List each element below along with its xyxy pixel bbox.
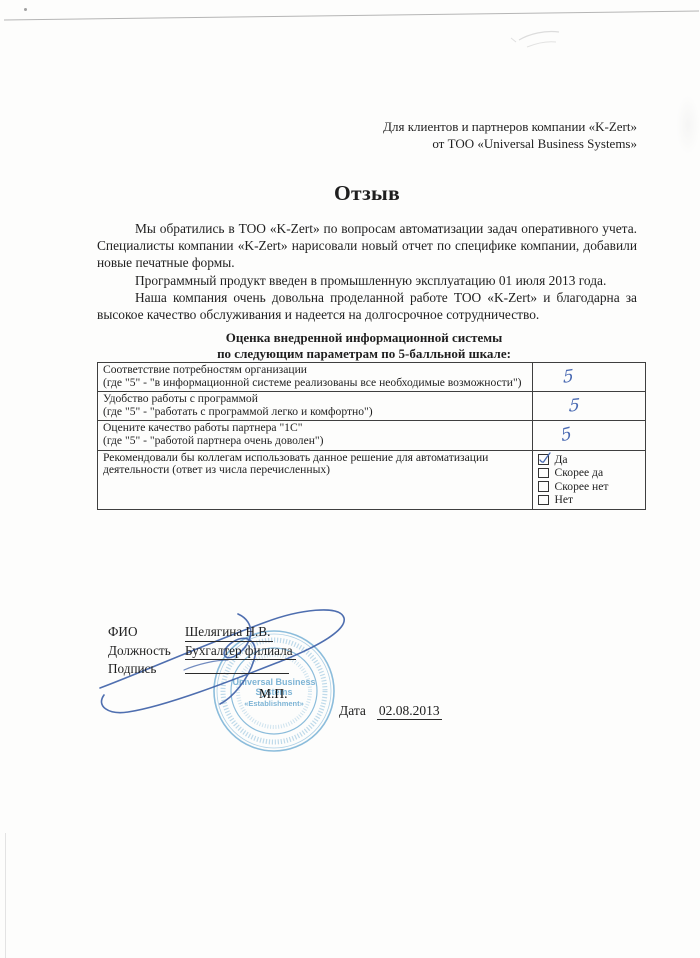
fio-row: ФИО Шелягина Н.В. <box>108 623 296 642</box>
date-label: Дата <box>339 703 366 718</box>
checkbox-no <box>538 495 549 506</box>
table-row: Соответствие потребностям организации (г… <box>98 363 645 392</box>
date-value: 02.08.2013 <box>377 703 442 720</box>
table-row: Удобство работы с программой (где "5" - … <box>98 392 645 421</box>
option-label: Да <box>555 454 568 466</box>
rating-table: Соответствие потребностям организации (г… <box>97 362 646 510</box>
document-body: Мы обратились в ТОО «K-Zert» по вопросам… <box>97 220 637 323</box>
fio-value: Шелягина Н.В. <box>185 623 273 642</box>
signature-label: Подпись <box>108 660 185 678</box>
signature-block: ФИО Шелягина Н.В. Должность Бухгалтер фи… <box>108 623 296 678</box>
paragraph: Наша компания очень довольна проделанной… <box>97 289 637 323</box>
scanned-document-page: Для клиентов и партнеров компании «K-Zer… <box>0 0 700 958</box>
table-row: Оцените качество работы партнера "1С" (г… <box>98 421 645 450</box>
scan-speck <box>24 8 27 11</box>
position-value: Бухгалтер филиала <box>185 642 296 661</box>
checkbox-rather-no <box>538 481 549 492</box>
date-row: Дата02.08.2013 <box>339 703 442 719</box>
option-label: Скорее нет <box>555 481 609 493</box>
option-rather-yes: Скорее да <box>538 467 643 479</box>
sender-line: от ТОО «Universal Business Systems» <box>383 136 637 153</box>
rating-heading-line2: по следующим параметрам по 5-балльной шк… <box>90 346 638 362</box>
paragraph: Программный продукт введен в промышленну… <box>97 272 637 289</box>
option-label: Нет <box>555 494 574 506</box>
signature-row: Подпись <box>108 660 296 678</box>
table-row: Рекомендовали бы коллегам использовать д… <box>98 451 645 510</box>
fio-label: ФИО <box>108 623 185 642</box>
criterion-text: Удобство работы с программой <box>103 393 527 406</box>
rating-heading-line1: Оценка внедренной информационной системы <box>90 330 638 346</box>
scan-edge-line <box>0 0 700 30</box>
position-label: Должность <box>108 642 185 661</box>
rating-table-heading: Оценка внедренной информационной системы… <box>90 330 638 361</box>
recipient-line: Для клиентов и партнеров компании «K-Zer… <box>383 119 637 136</box>
option-no: Нет <box>538 494 643 506</box>
criterion-text: Соответствие потребностям организации <box>103 364 527 377</box>
signature-line <box>185 660 289 674</box>
scan-pencil-smudge <box>505 22 570 54</box>
document-title: Отзыв <box>97 181 637 206</box>
checkbox-yes <box>538 454 549 465</box>
option-yes: Да <box>538 454 643 466</box>
handwritten-score: 5 <box>568 396 580 417</box>
option-rather-no: Скорее нет <box>538 481 643 493</box>
checkbox-rather-yes <box>538 468 549 479</box>
handwritten-score: 5 <box>563 366 574 388</box>
criterion-note: (где "5" - "работать с программой легко … <box>103 406 527 419</box>
recipient-header: Для клиентов и партнеров компании «K-Zer… <box>383 119 637 152</box>
criterion-note: (где "5" - "в информационной системе реа… <box>103 377 527 390</box>
answer-options: Да Скорее да Скорее нет <box>533 451 645 510</box>
stamp-place-label: М.П. <box>259 686 288 702</box>
option-label: Скорее да <box>555 467 604 479</box>
criterion-note: (где "5" - "работой партнера очень довол… <box>103 435 527 448</box>
handwritten-score: 5 <box>560 424 573 447</box>
position-row: Должность Бухгалтер филиала <box>108 642 296 661</box>
scan-page-edge <box>5 833 6 958</box>
scan-soft-shadow <box>676 95 700 155</box>
criterion-text: Рекомендовали бы коллегам использовать д… <box>98 451 533 510</box>
paragraph: Мы обратились в ТОО «K-Zert» по вопросам… <box>97 220 637 272</box>
handwritten-check-icon <box>538 451 552 467</box>
